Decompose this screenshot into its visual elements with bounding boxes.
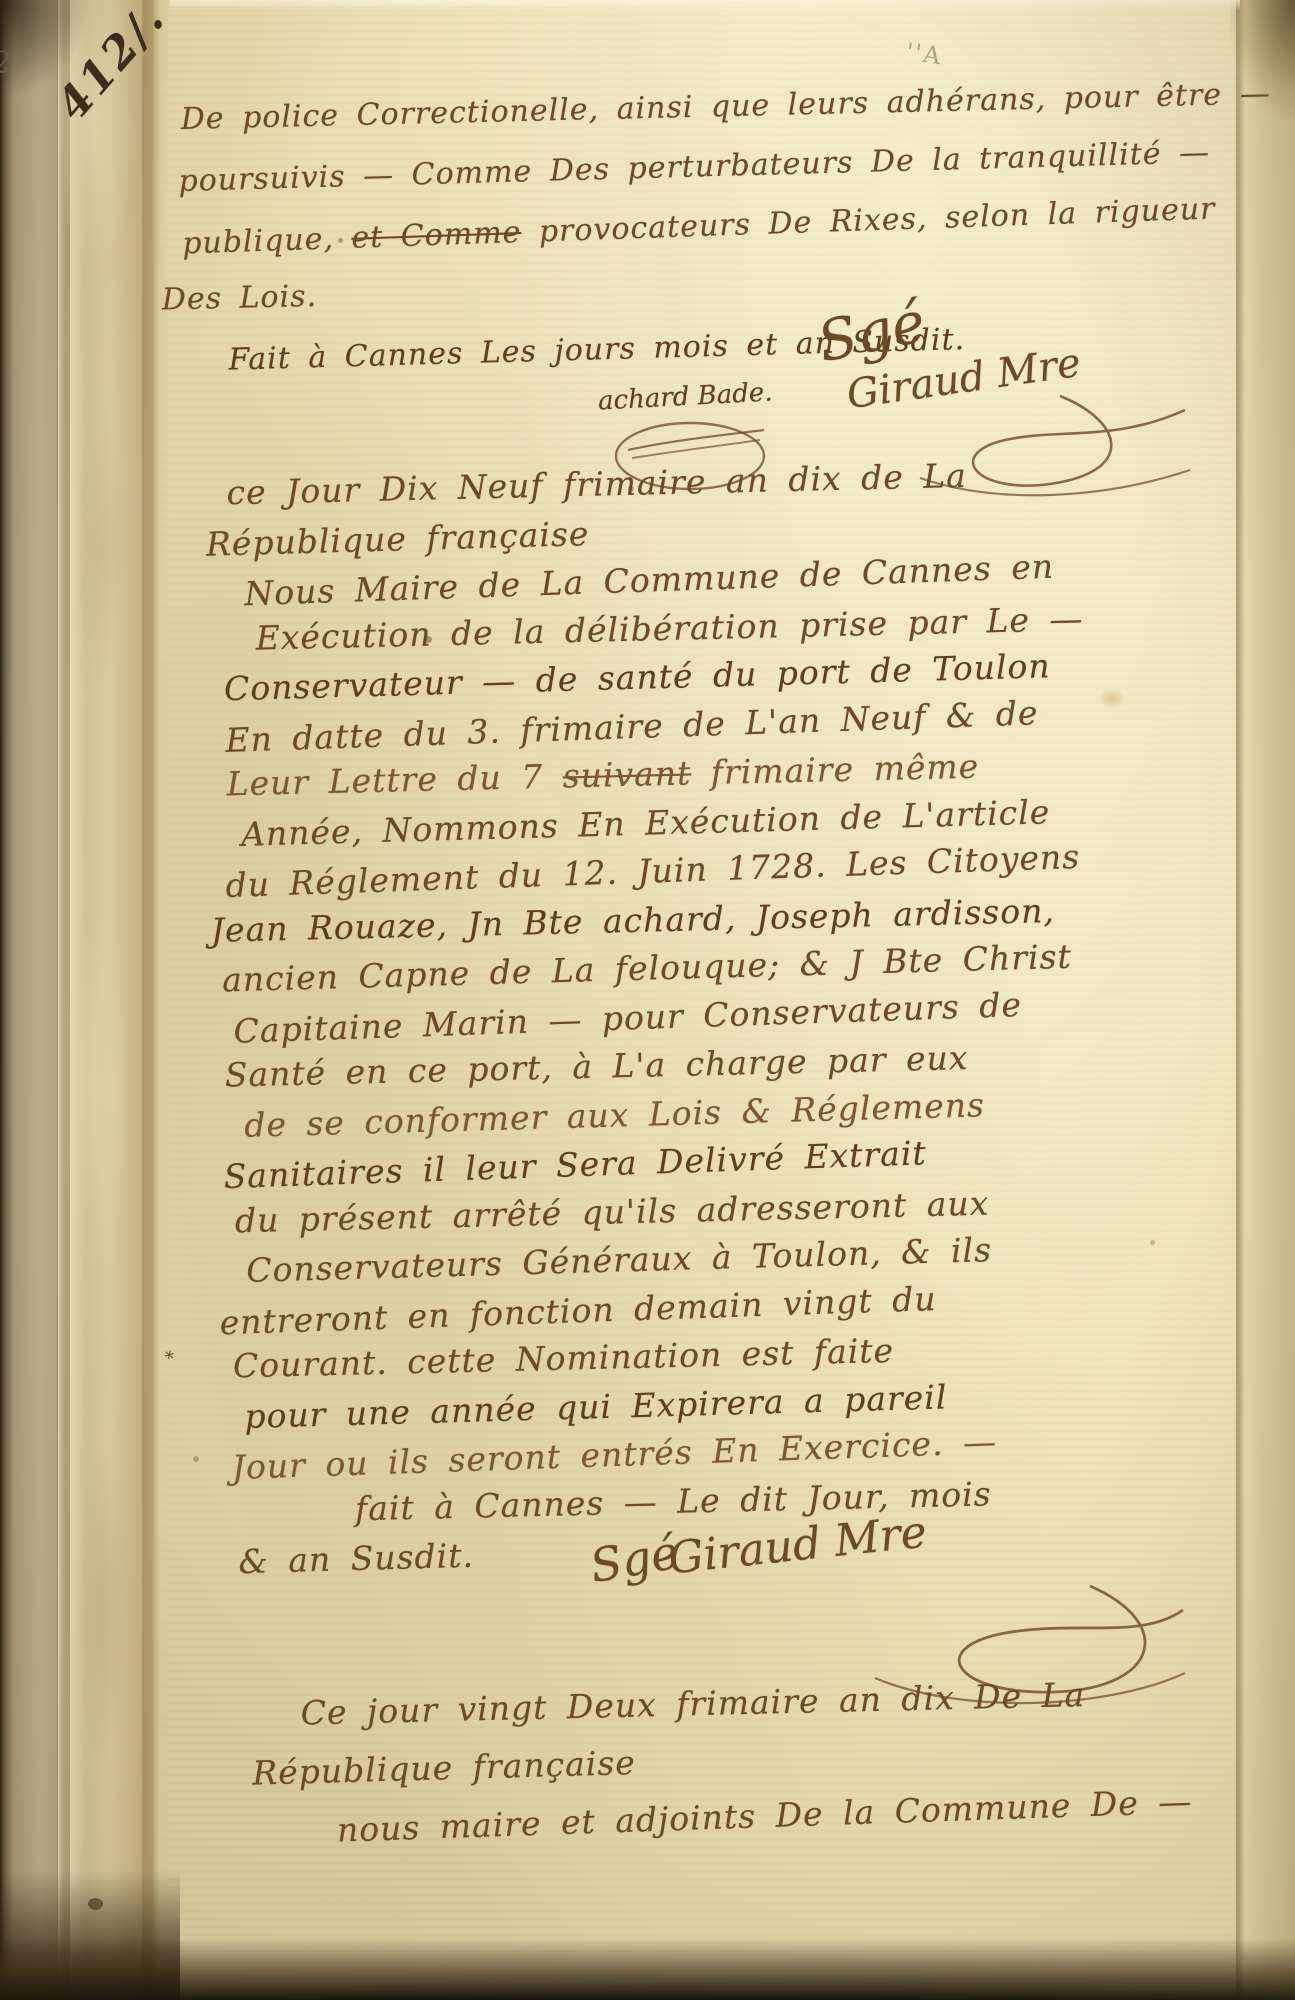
text-run: République française bbox=[252, 1743, 636, 1793]
foxing-stain bbox=[1098, 688, 1126, 708]
top-page-edge bbox=[170, 0, 1240, 10]
text-run: République française bbox=[205, 514, 589, 564]
ink-speck bbox=[1150, 1240, 1155, 1245]
manuscript-section-closing: De police Correctionelle, ainsi que leur… bbox=[176, 67, 1064, 391]
paraph-oval-flourish bbox=[608, 414, 778, 494]
text-run: & an Susdit. bbox=[238, 1536, 475, 1582]
manuscript-section-act-19-frimaire: ce Jour Dix Neuf frimaire an dix de LaRé… bbox=[196, 447, 1107, 1587]
ink-speck bbox=[424, 636, 432, 643]
right-page-edge bbox=[1236, 0, 1295, 2000]
struck-through-word: suivant bbox=[562, 753, 691, 795]
manuscript-scan-root: 412/. 2 ''A * De police Correctionelle, … bbox=[0, 0, 1295, 2000]
torn-edge bbox=[62, 900, 132, 1280]
torn-edge bbox=[70, 420, 130, 680]
paraph-flourish-2 bbox=[845, 1578, 1190, 1713]
edge-page-number: 2 bbox=[0, 46, 11, 81]
page-edge-crease bbox=[142, 0, 162, 2000]
text-run: Des Lois. bbox=[161, 279, 317, 318]
text-run: publique, bbox=[182, 221, 352, 262]
ink-speck bbox=[193, 1456, 199, 1462]
struck-through-word: et Comme bbox=[351, 215, 522, 256]
text-run: Leur Lettre du 7 bbox=[226, 756, 563, 803]
ink-speck bbox=[88, 1898, 103, 1910]
pencil-mark: ''A bbox=[904, 38, 944, 71]
text-run: frimaire même bbox=[691, 747, 980, 793]
bottom-shadow bbox=[0, 1938, 1295, 2000]
torn-edge bbox=[75, 1450, 130, 1770]
ink-speck bbox=[338, 238, 343, 243]
ink-speck bbox=[628, 486, 634, 492]
paraph-flourish bbox=[900, 392, 1200, 502]
